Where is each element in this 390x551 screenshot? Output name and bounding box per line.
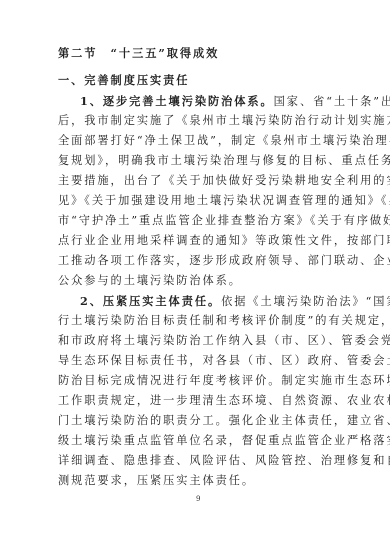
page-number: 9: [196, 495, 200, 503]
section-title: 第二节 “十三五”取得成效: [58, 46, 334, 60]
paragraph-2-line-1: 2、压紧压实主体责任。依据《土壤污染防治法》“国家实: [80, 294, 334, 309]
subheading: 一、完善制度压实责任: [58, 73, 334, 87]
paragraph-1-line: 市“守护净土”重点监管企业排查整治方案》《关于有序做好重: [58, 214, 334, 228]
paragraph-2-line: 级土壤污染重点监管单位名录，督促重点监管企业严格落实用地: [58, 434, 334, 448]
paragraph-2-line: 工作职责规定，进一步理清生态环境、自然资源、农业农村等部: [58, 394, 334, 408]
paragraph-1-lead: 1、逐步完善土壤污染防治体系。: [80, 94, 274, 108]
document-page: 第二节 “十三五”取得成效 一、完善制度压实责任 1、逐步完善土壤污染防治体系。…: [0, 0, 390, 551]
paragraph-2-line: 导生态环保目标责任书，对各县（市、区）政府、管委会土壤污: [58, 354, 334, 368]
paragraph-1-text: 国家、省“土十条”出台: [274, 95, 390, 108]
paragraph-1-line: 后，我市制定实施了《泉州市土壤污染防治行动计划实施方案》，: [58, 114, 334, 128]
paragraph-2-lead: 2、压紧压实主体责任。: [80, 294, 221, 308]
paragraph-2-line: 防治目标完成情况进行年度考核评价。制定实施市生态环境保护: [58, 374, 334, 388]
paragraph-1-line: 点行业企业用地采样调查的通知》等政策性文件，按部门职责分: [58, 234, 334, 248]
paragraph-1-line: 工推动各项工作落实，逐步形成政府领导、部门联动、企业履责、: [58, 254, 334, 268]
paragraph-1-line: 见》《关于加强建设用地土壤污染状况调查管理的通知》《泉州: [58, 194, 334, 208]
paragraph-1-line: 复规划》，明确我市土壤污染治理与修复的目标、重点任务以及: [58, 154, 334, 168]
paragraph-1-line: 公众参与的土壤污染防治体系。: [58, 274, 334, 288]
paragraph-2-text: 依据《土壤污染防治法》“国家实: [221, 295, 390, 308]
paragraph-2-line: 详细调查、隐患排查、风险评估、风险管控、治理修复和自行监: [58, 454, 334, 468]
paragraph-2-line: 门土壤污染防治的职责分工。强化企业主体责任，建立省、市两: [58, 414, 334, 428]
paragraph-2-line: 行土壤污染防治目标责任制和考核评价制度”的有关规定，市委: [58, 314, 334, 328]
paragraph-2-line: 和市政府将土壤污染防治工作纳入县（市、区）、管委会党政领: [58, 334, 334, 348]
paragraph-1-line-1: 1、逐步完善土壤污染防治体系。国家、省“土十条”出台: [80, 94, 334, 109]
paragraph-1-line: 全面部署打好“净土保卫战”，制定《泉州市土壤污染治理与修: [58, 134, 334, 148]
paragraph-1-line: 主要措施，出台了《关于加快做好受污染耕地安全利用的实施意: [58, 174, 334, 188]
paragraph-2-line: 测规范要求，压紧压实主体责任。: [58, 474, 334, 488]
